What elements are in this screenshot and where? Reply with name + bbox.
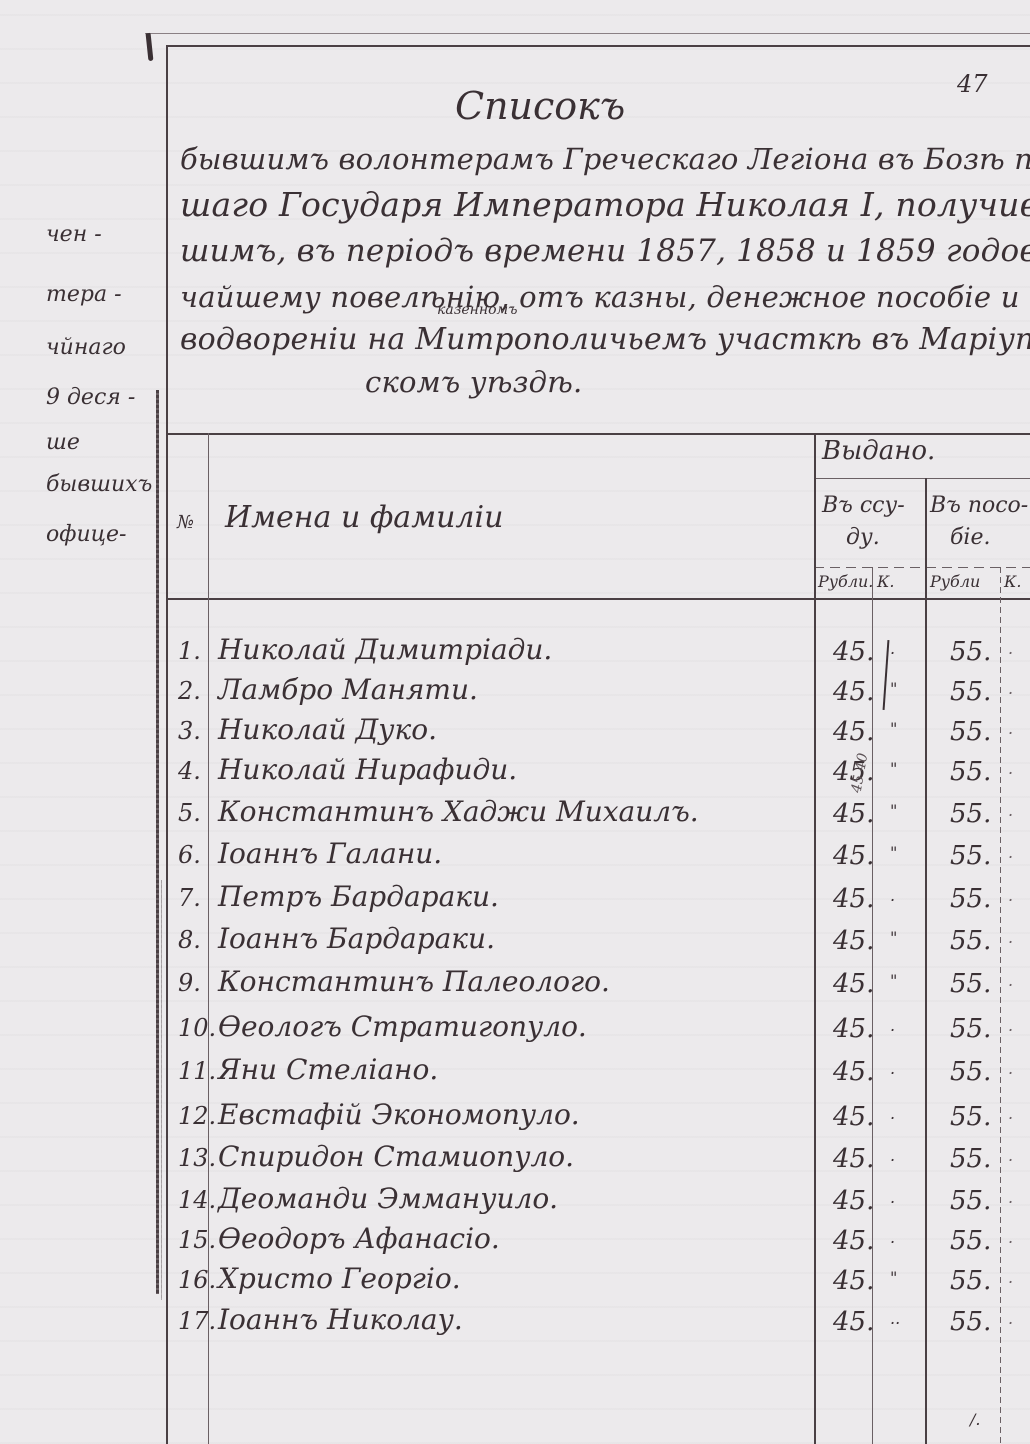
allowance-rubles: 55.: [950, 717, 991, 747]
row-number: 2.: [178, 677, 201, 705]
allowance-rubles: 55.: [950, 1307, 991, 1337]
allowance-kopecks: .: [1008, 1188, 1013, 1207]
preamble-line-6: скомъ уѣздѣ.: [365, 365, 582, 399]
loan-kopecks: ": [890, 1268, 897, 1287]
page-footer-mark: /.: [970, 1410, 980, 1429]
loan-kopecks: ": [890, 928, 897, 947]
loan-kopecks: ..: [890, 1309, 900, 1328]
allowance-kopecks: .: [1008, 886, 1013, 905]
row-number: 7.: [178, 884, 201, 912]
loan-rubles: 45.: [833, 884, 874, 914]
preamble-line-2: шаго Государя Императора Николая I, полу…: [180, 185, 1030, 224]
row-name: Христо Георгіо.: [218, 1262, 461, 1295]
table-row: 4. Николай Нирафиди. 45. " 55. .: [168, 753, 1030, 796]
table-row: 15. Ѳеодоръ Афанасіо. 45. . 55. .: [168, 1222, 1030, 1265]
header-rubles: Рубли.: [818, 572, 873, 591]
table-row: 1. Николай Димитріади. 45. . 55. .: [168, 633, 1030, 676]
table-row: 2. Ламбро Маняти. 45. " 55. .: [168, 673, 1030, 716]
loan-rubles: 45.: [833, 1057, 874, 1087]
row-name: Ѳеодоръ Афанасіо.: [218, 1222, 500, 1255]
loan-kopecks: ": [890, 801, 897, 820]
row-name: Деоманди Эммануило.: [218, 1182, 558, 1215]
allowance-kopecks: .: [1008, 719, 1013, 738]
loan-rubles: 45.: [833, 1226, 874, 1256]
allowance-kopecks: .: [1008, 928, 1013, 947]
allowance-kopecks: .: [1008, 1268, 1013, 1287]
preamble-line-5: водвореніи на Митрополичьемъ участкѣ въ …: [180, 322, 1030, 357]
loan-kopecks: ": [890, 759, 897, 778]
allowance-kopecks: .: [1008, 1228, 1013, 1247]
allowance-kopecks: .: [1008, 1146, 1013, 1165]
allowance-kopecks: .: [1008, 843, 1013, 862]
loan-kopecks: ": [890, 971, 897, 990]
allowance-rubles: 55.: [950, 926, 991, 956]
loan-rubles: 45.: [833, 1186, 874, 1216]
loan-rubles: 45.: [833, 1307, 874, 1337]
allowance-rubles: 55.: [950, 677, 991, 707]
header-kopecks-2: К.: [1004, 572, 1021, 591]
margin-note-line: ше: [46, 430, 80, 455]
allowance-kopecks: .: [1008, 679, 1013, 698]
allowance-rubles: 55.: [950, 1057, 991, 1087]
loan-rubles: 45.: [833, 1144, 874, 1174]
table-row: 7. Петръ Бардараки. 45. . 55. .: [168, 880, 1030, 923]
table-row: 5. Константинъ Хаджи Михаилъ. 45. " 55. …: [168, 795, 1030, 838]
allowance-kopecks: .: [1008, 801, 1013, 820]
preamble-line-4: чайшему повелѣнію, отъ казны, денежное п…: [180, 280, 1030, 314]
table-row: 6. Іоаннъ Галани. 45. " 55. .: [168, 837, 1030, 880]
row-number: 15.: [178, 1226, 216, 1254]
loan-kopecks: .: [890, 1188, 895, 1207]
row-name: Ѳеологъ Стратигопуло.: [218, 1010, 587, 1043]
loan-rubles: 45.: [833, 677, 874, 707]
row-name: Іоаннъ Галани.: [218, 837, 442, 870]
row-number: 6.: [178, 841, 201, 869]
row-name: Петръ Бардараки.: [218, 880, 499, 913]
allowance-rubles: 55.: [950, 1014, 991, 1044]
row-name: Іоаннъ Николау.: [218, 1303, 463, 1336]
table-row: 12. Евстафій Экономопуло. 45. . 55. .: [168, 1098, 1030, 1141]
row-number: 16.: [178, 1266, 216, 1294]
row-number: 8.: [178, 926, 201, 954]
allowance-kopecks: .: [1008, 1104, 1013, 1123]
loan-rubles: 45.: [833, 1266, 874, 1296]
header-issued: Выдано.: [822, 436, 935, 466]
header-number: №: [177, 512, 194, 533]
margin-note-line: бывшихъ: [46, 472, 152, 497]
issued-subheader-line: [814, 478, 1030, 479]
row-name: Евстафій Экономопуло.: [218, 1098, 580, 1131]
loan-kopecks: .: [890, 639, 895, 658]
header-bottom-border: [168, 598, 1030, 600]
row-name: Яни Стеліано.: [218, 1053, 438, 1086]
loan-kopecks: .: [890, 886, 895, 905]
allowance-kopecks: .: [1008, 1309, 1013, 1328]
loan-rubles: 45.: [833, 1102, 874, 1132]
loan-kopecks: ": [890, 679, 897, 698]
row-name: Ламбро Маняти.: [218, 673, 478, 706]
allowance-kopecks: .: [1008, 759, 1013, 778]
loan-kopecks: .: [890, 1228, 895, 1247]
table-row: 8. Іоаннъ Бардараки. 45. " 55. .: [168, 922, 1030, 965]
row-number: 13.: [178, 1144, 216, 1172]
row-number: 17.: [178, 1307, 216, 1335]
allowance-kopecks: .: [1008, 971, 1013, 990]
ink-corner-mark: [146, 33, 154, 61]
row-number: 12.: [178, 1102, 216, 1130]
row-name: Іоаннъ Бардараки.: [218, 922, 495, 955]
margin-note-line: офице-: [46, 522, 126, 547]
allowance-rubles: 55.: [950, 884, 991, 914]
currency-header-line: [814, 567, 1030, 568]
header-rubles-2: Рубли: [930, 572, 980, 591]
loan-rubles: 45.: [833, 717, 874, 747]
table-row: 11. Яни Стеліано. 45. . 55. .: [168, 1053, 1030, 1096]
row-number: 14.: [178, 1186, 216, 1214]
allowance-kopecks: .: [1008, 1016, 1013, 1035]
loan-kopecks: .: [890, 1059, 895, 1078]
loan-kopecks: ": [890, 843, 897, 862]
loan-rubles: 45.: [833, 637, 874, 667]
loan-rubles: 45.: [833, 1014, 874, 1044]
loan-rubles: 45.: [833, 841, 874, 871]
margin-binding-line: [156, 390, 159, 1294]
row-name: Николай Дуко.: [218, 713, 437, 746]
row-name: Спиридон Стамиопуло.: [218, 1140, 574, 1173]
allowance-rubles: 55.: [950, 1226, 991, 1256]
allowance-rubles: 55.: [950, 841, 991, 871]
header-allowance-2: біе.: [950, 525, 990, 550]
allowance-rubles: 55.: [950, 1266, 991, 1296]
loan-kopecks: .: [890, 1104, 895, 1123]
margin-note-line: чен -: [46, 222, 102, 247]
table-row: 13. Спиридон Стамиопуло. 45. . 55. .: [168, 1140, 1030, 1183]
outer-frame-line: [145, 33, 1030, 34]
margin-note-line: тера -: [46, 282, 122, 307]
loan-rubles: 45.: [833, 799, 874, 829]
loan-kopecks: ": [890, 719, 897, 738]
row-number: 9.: [178, 969, 201, 997]
table-top-border: [168, 433, 1030, 435]
row-number: 4.: [178, 757, 201, 785]
table-row: 9. Константинъ Палеолого. 45. " 55. .: [168, 965, 1030, 1008]
row-number: 5.: [178, 799, 201, 827]
preamble-line-1: бывшимъ волонтерамъ Греческаго Легіона в…: [180, 142, 1030, 176]
header-kopecks: К.: [877, 572, 894, 591]
allowance-rubles: 55.: [950, 1144, 991, 1174]
table-row: 3. Николай Дуко. 45. " 55. .: [168, 713, 1030, 756]
page-number: 47: [957, 70, 988, 98]
table-row: 10. Ѳеологъ Стратигопуло. 45. . 55. .: [168, 1010, 1030, 1053]
preamble-insertion: казенномъ: [437, 302, 517, 318]
row-name: Константинъ Палеолого.: [218, 965, 610, 998]
row-number: 11.: [178, 1057, 216, 1085]
allowance-rubles: 55.: [950, 1186, 991, 1216]
loan-kopecks: .: [890, 1146, 895, 1165]
allowance-rubles: 55.: [950, 799, 991, 829]
allowance-kopecks: .: [1008, 639, 1013, 658]
document-title: Списокъ: [455, 84, 625, 128]
row-name: Николай Димитріади.: [218, 633, 552, 666]
header-loan-1: Въ ссу-: [822, 493, 905, 518]
header-allowance-1: Въ посо-: [930, 493, 1028, 518]
loan-rubles: 45.: [833, 926, 874, 956]
header-loan-2: ду.: [846, 525, 880, 550]
row-number: 10.: [178, 1014, 216, 1042]
table-row: 17. Іоаннъ Николау. 45. .. 55. .: [168, 1303, 1030, 1346]
loan-kopecks: .: [890, 1016, 895, 1035]
margin-binding-line-faint: [161, 880, 162, 1300]
margin-note-line: чйнаго: [46, 335, 126, 360]
row-name: Николай Нирафиди.: [218, 753, 517, 786]
allowance-rubles: 55.: [950, 757, 991, 787]
preamble-line-3: шимъ, въ періодъ времени 1857, 1858 и 18…: [180, 233, 1030, 269]
table-row: 14. Деоманди Эммануило. 45. . 55. .: [168, 1182, 1030, 1225]
row-name: Константинъ Хаджи Михаилъ.: [218, 795, 699, 828]
allowance-rubles: 55.: [950, 637, 991, 667]
margin-note-line: 9 деся -: [46, 385, 135, 410]
header-names: Имена и фамиліи: [225, 500, 503, 535]
table-row: 16. Христо Георгіо. 45. " 55. .: [168, 1262, 1030, 1305]
row-number: 1.: [178, 637, 201, 665]
allowance-rubles: 55.: [950, 1102, 991, 1132]
loan-rubles: 45.: [833, 969, 874, 999]
frame-top-border: [168, 45, 1030, 47]
allowance-kopecks: .: [1008, 1059, 1013, 1078]
row-number: 3.: [178, 717, 201, 745]
allowance-rubles: 55.: [950, 969, 991, 999]
